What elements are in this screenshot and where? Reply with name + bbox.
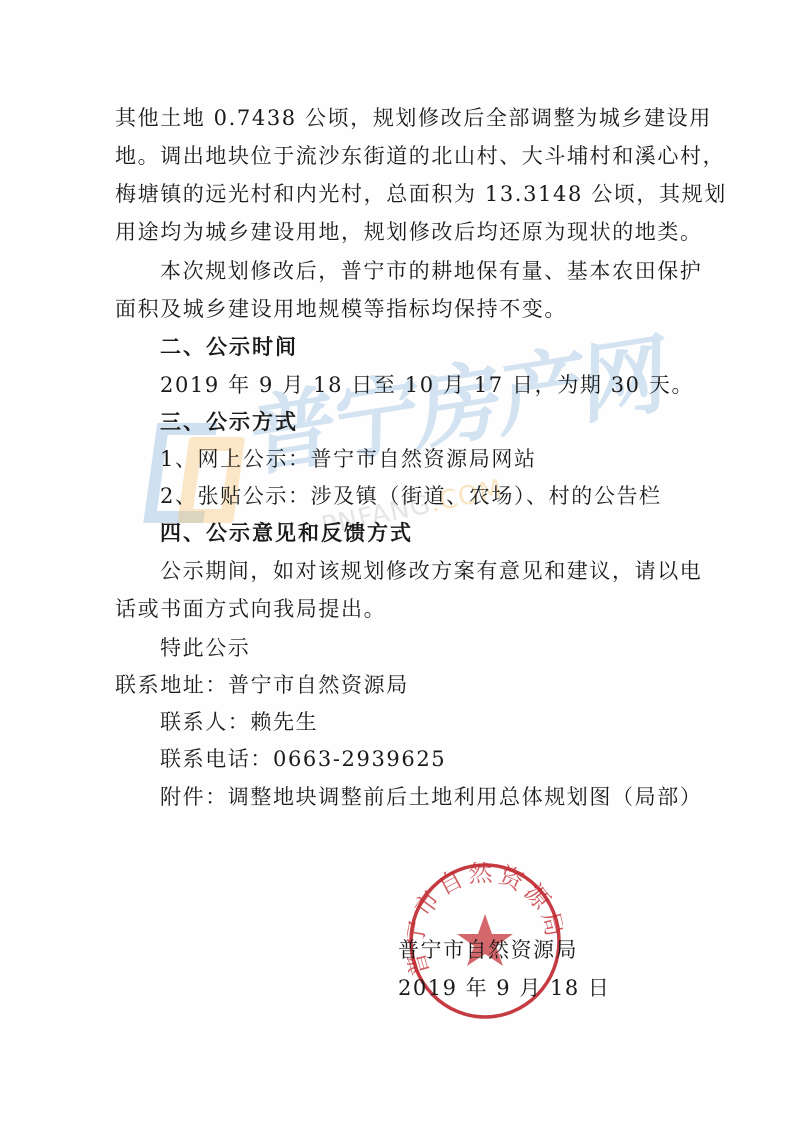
paragraph-line: 其他土地 0.7438 公顷，规划修改后全部调整为城乡建设用 xyxy=(115,106,712,130)
section-heading-feedback: 四、公示意见和反馈方式 xyxy=(160,521,413,545)
document-page: 普宁房产网 PNFANG.COM 其他土地 0.7438 公顷，规划修改后全部调… xyxy=(0,0,800,1133)
publicity-method-online: 1、网上公示：普宁市自然资源局网站 xyxy=(160,447,537,471)
issuer-name: 普宁市自然资源局 xyxy=(398,934,578,964)
paragraph-line: 梅塘镇的远光村和内光村，总面积为 13.3148 公顷，其规划 xyxy=(115,182,727,206)
contact-address: 联系地址：普宁市自然资源局 xyxy=(115,673,409,697)
contact-phone: 联系电话：0663-2939625 xyxy=(160,747,446,771)
publicity-period-text: 2019 年 9 月 18 日至 10 月 17 日，为期 30 天。 xyxy=(160,373,694,397)
section-heading-publicity-period: 二、公示时间 xyxy=(160,335,298,359)
closing-text: 特此公示 xyxy=(160,636,250,660)
section-heading-publicity-method: 三、公示方式 xyxy=(160,410,298,434)
feedback-text-line: 话或书面方式向我局提出。 xyxy=(115,597,386,621)
issue-date: 2019 年 9 月 18 日 xyxy=(398,972,610,1002)
publicity-method-posting: 2、张贴公示：涉及镇（街道、农场）、村的公告栏 xyxy=(160,484,662,508)
paragraph-line: 面积及城乡建设用地规模等指标均保持不变。 xyxy=(115,297,567,321)
contact-person: 联系人：赖先生 xyxy=(160,710,318,734)
paragraph-line: 地。调出地块位于流沙东街道的北山村、大斗埔村和溪心村， xyxy=(115,144,725,168)
paragraph-line: 本次规划修改后，普宁市的耕地保有量、基本农田保护 xyxy=(160,259,702,283)
paragraph-line: 用途均为城乡建设用地，规划修改后均还原为现状的地类。 xyxy=(115,220,703,244)
feedback-text-line: 公示期间，如对该规划修改方案有意见和建议，请以电 xyxy=(160,559,702,583)
attachment-note: 附件：调整地块调整前后土地利用总体规划图（局部） xyxy=(160,785,702,809)
